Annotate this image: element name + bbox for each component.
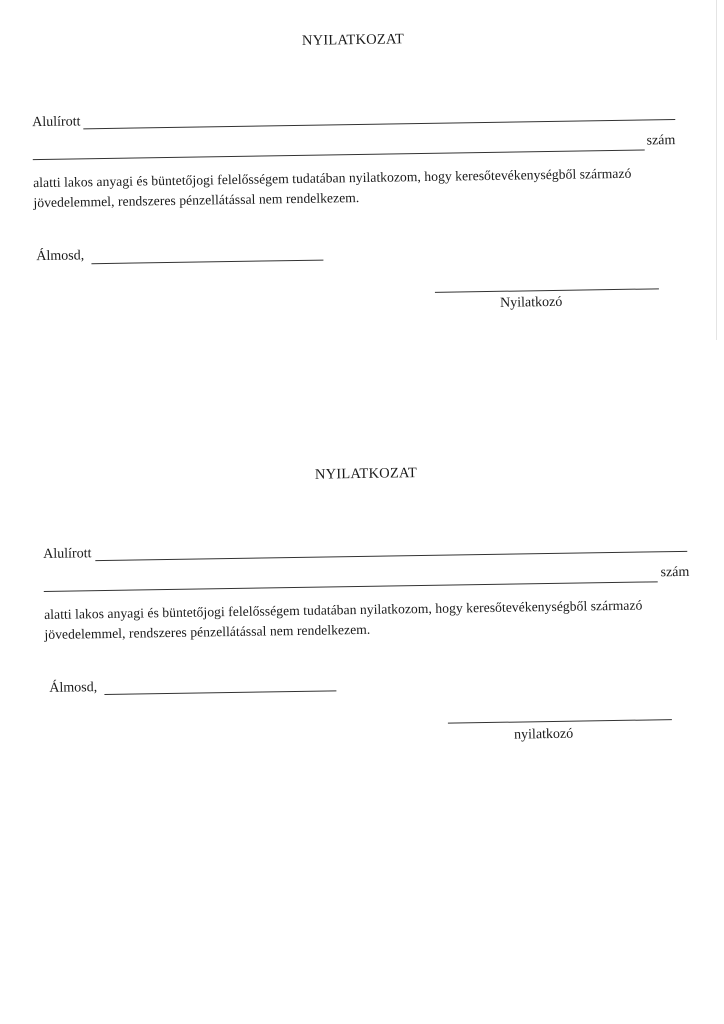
name-label: Alulírott [32, 114, 80, 131]
signature-line[interactable] [435, 288, 659, 293]
declaration-text-line-2: jövedelemmel, rendszeres pénzellátással … [44, 620, 370, 645]
declaration-form-1: NYILATKOZAT Alulírott szám alatti lakos … [0, 0, 724, 346]
signature-line[interactable] [448, 719, 672, 724]
form-title: NYILATKOZAT [315, 465, 417, 484]
name-field-line[interactable] [83, 119, 675, 129]
name-label: Alulírott [43, 546, 91, 563]
name-field-line[interactable] [95, 551, 687, 561]
declaration-form-2: NYILATKOZAT Alulírott szám alatti lakos … [0, 426, 724, 777]
declaration-text-line-2: jövedelemmel, rendszeres pénzellátással … [33, 188, 359, 213]
date-field-line[interactable] [91, 260, 323, 265]
place-label: Álmosd, [36, 248, 84, 265]
place-label: Álmosd, [49, 680, 97, 697]
address-field-line[interactable] [44, 581, 658, 592]
form-title: NYILATKOZAT [302, 31, 404, 50]
signature-label: nyilatkozó [514, 727, 573, 744]
address-field-line[interactable] [33, 150, 645, 161]
signature-label: Nyilatkozó [500, 295, 562, 312]
number-label: szám [646, 133, 675, 149]
number-label: szám [660, 565, 689, 581]
date-field-line[interactable] [104, 690, 336, 695]
